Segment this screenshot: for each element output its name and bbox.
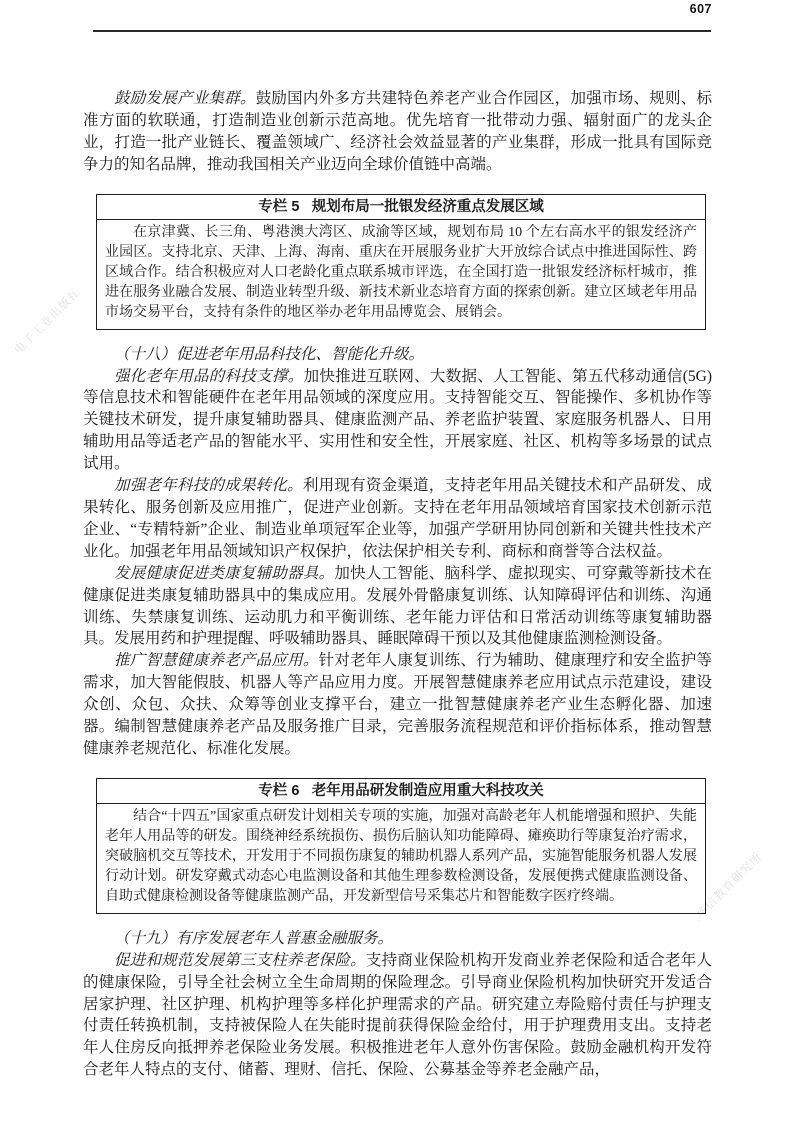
page-number: 607 [83,2,712,16]
paragraph-pension-insurance: 促进和规范发展第三支柱养老保险。支持商业保险机构开发商业养老保险和适合老年人的健… [83,950,712,1081]
callout-box-5: 专栏 5规划布局一批银发经济重点发展区域 在京津冀、长三角、粤港澳大湾区、成渝等… [96,194,706,330]
callout-box-title: 专栏 6老年用品研发制造应用重大科技攻关 [97,779,705,804]
callout-box-title: 专栏 5规划布局一批银发经济重点发展区域 [97,195,705,220]
paragraph-text: 支持商业保险机构开发商业养老保险和适合老年人的健康保险，引导全社会树立全生命周期… [83,952,712,1079]
paragraph-achievement-transfer: 加强老年科技的成果转化。利用现有资金渠道，支持老年用品关键技术和产品研发、成果转… [83,475,712,563]
callout-box-title-text: 规划布局一批银发经济重点发展区域 [312,199,544,215]
watermark-right: 电子工业出版社华信教育研究所 [698,822,793,1012]
section-heading-18: （十八）促进老年用品科技化、智能化升级。 [83,344,712,366]
paragraph-lead: 发展健康促进类康复辅助器具。 [114,565,334,582]
callout-box-body: 在京津冀、长三角、粤港澳大湾区、成渝等区域，规划布局 10 个左右高水平的银发经… [97,220,705,329]
section-heading-19: （十九）有序发展老年人普惠金融服务。 [83,928,712,950]
callout-box-body: 结合“十四五”国家重点研发计划相关专项的实施，加强对高龄老年人机能增强和照护、失… [97,804,705,913]
paragraph-lead: 促进和规范发展第三支柱养老保险。 [114,952,366,969]
callout-box-title-text: 老年用品研发制造应用重大科技攻关 [312,783,544,799]
paragraph-clusters: 鼓励发展产业集群。鼓励国内外多方共建特色养老产业合作园区，加强市场、规则、标准方… [83,88,712,176]
paragraph-smart-health-products: 推广智慧健康养老产品应用。针对老年人康复训练、行为辅助、健康理疗和安全监护等需求… [83,650,712,760]
text-column: 鼓励发展产业集群。鼓励国内外多方共建特色养老产业合作园区，加强市场、规则、标准方… [83,88,712,1081]
paragraph-rehab-devices: 发展健康促进类康复辅助器具。加快人工智能、脑科学、虚拟现实、可穿戴等新技术在健康… [83,563,712,651]
paragraph-lead: 加强老年科技的成果转化。 [114,477,303,494]
paragraph-tech-support: 强化老年用品的科技支撑。加快推进互联网、大数据、人工智能、第五代移动通信(5G)… [83,366,712,476]
callout-box-label: 专栏 6 [258,783,299,799]
header-rule [93,30,711,32]
paragraph-lead: 强化老年用品的科技支撑。 [114,368,304,385]
callout-box-6: 专栏 6老年用品研发制造应用重大科技攻关 结合“十四五”国家重点研发计划相关专项… [96,778,706,914]
callout-box-label: 专栏 5 [258,199,299,215]
paragraph-lead: 鼓励发展产业集群。 [114,90,256,107]
document-page: 电子工业出版社华信教育研究所 电子工业出版社华信教育研究所 607 鼓励发展产业… [0,0,793,1122]
paragraph-lead: 推广智慧健康养老产品应用。 [114,652,319,669]
